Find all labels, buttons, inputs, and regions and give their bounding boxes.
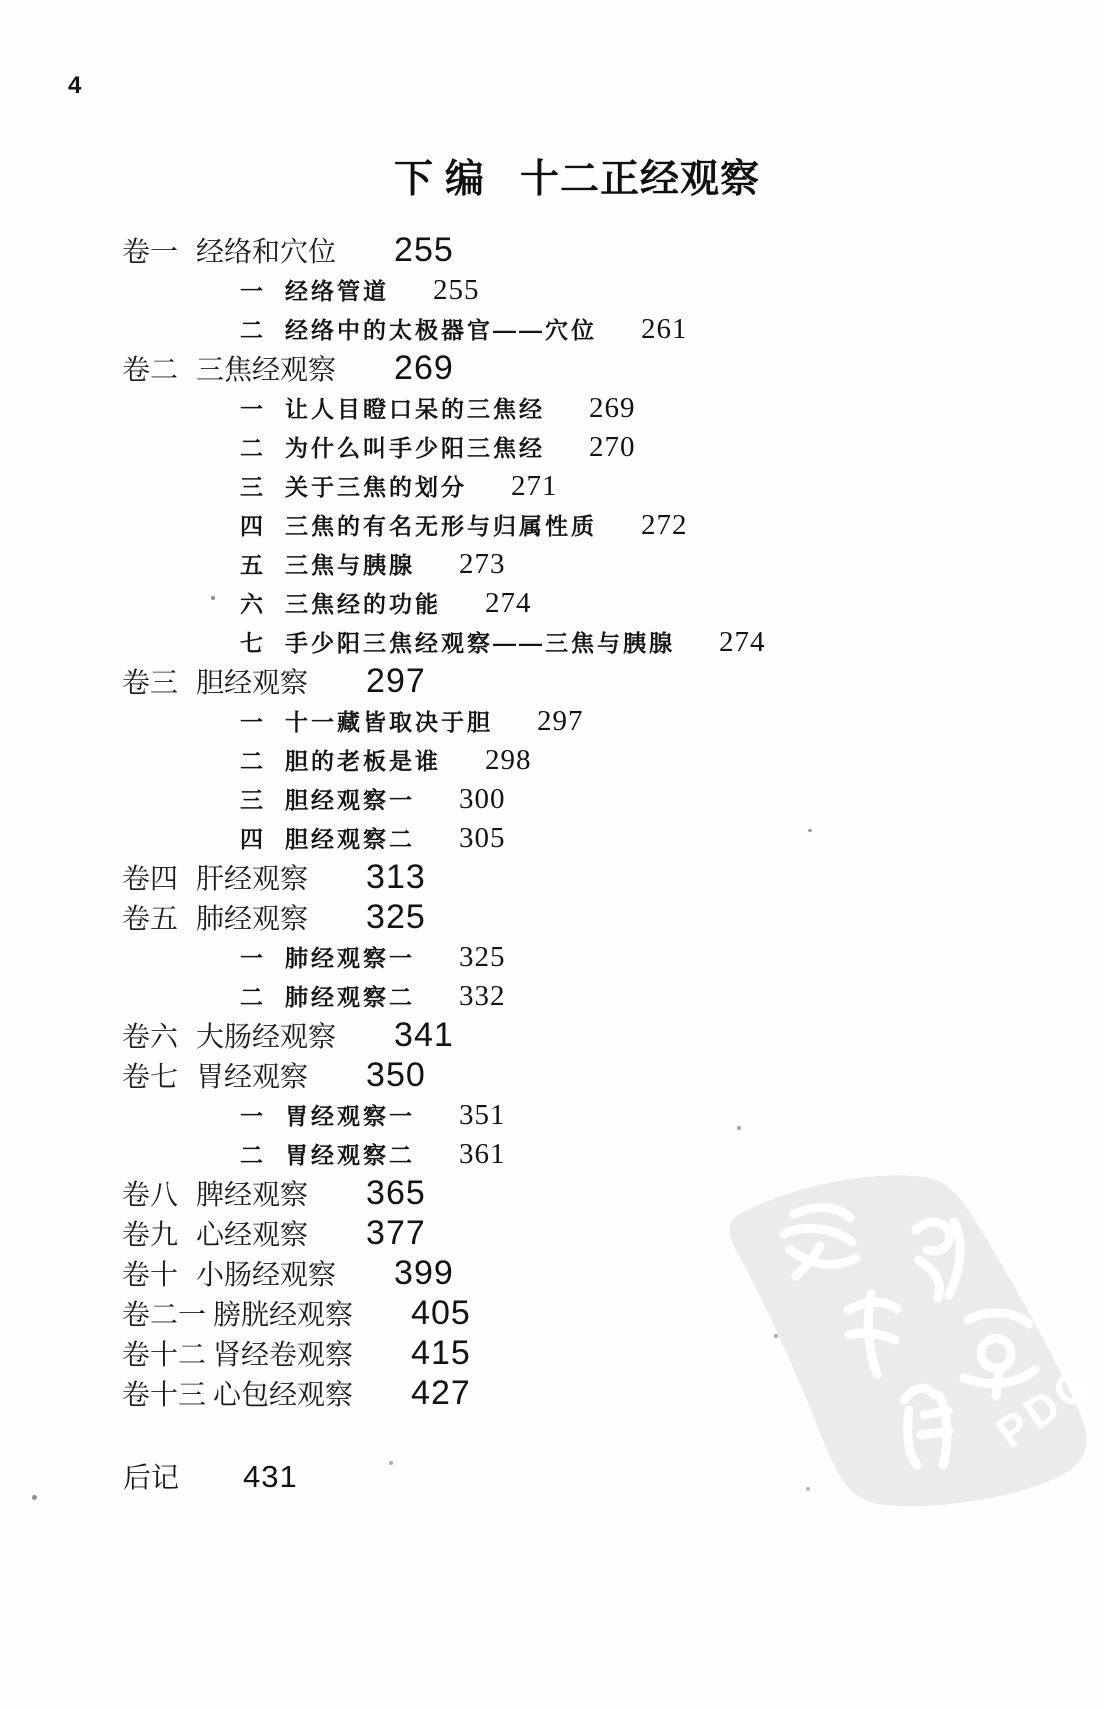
volume-page-number: 269 — [394, 349, 454, 387]
section-page-number: 298 — [485, 744, 532, 776]
toc-section-row: 四胆经观察二305 — [0, 819, 1104, 858]
toc-volume-row: 卷三胆经观察297 — [0, 662, 1104, 702]
toc-volume-row: 卷二三焦经观察269 — [0, 349, 1104, 389]
section-page-number: 272 — [641, 509, 688, 541]
toc-volume-row: 卷十二肾经卷观察415 — [0, 1334, 1104, 1374]
volume-page-number: 415 — [411, 1334, 471, 1372]
volume-label: 卷五 — [122, 903, 178, 934]
toc-section-row: 二为什么叫手少阳三焦经270 — [0, 428, 1104, 467]
section-page-number: 332 — [459, 980, 506, 1012]
toc-volume-row: 卷六大肠经观察341 — [0, 1016, 1104, 1056]
volume-page-number: 255 — [394, 231, 454, 269]
section-page-number: 297 — [537, 705, 584, 737]
section-title: 三焦的有名无形与归属性质 — [285, 513, 597, 539]
scan-speck — [32, 1495, 37, 1500]
section-title: 让人目瞪口呆的三焦经 — [285, 396, 545, 422]
section-page-number: 269 — [589, 392, 636, 424]
section-number: 二 — [240, 984, 263, 1010]
volume-page-number: 313 — [366, 858, 426, 896]
part-title-text: 十二正经观察 — [520, 148, 760, 204]
volume-label: 卷二 — [122, 354, 178, 385]
volume-title: 肾经卷观察 — [213, 1339, 353, 1370]
section-page-number: 261 — [641, 313, 688, 345]
toc-volume-row: 卷九心经观察377 — [0, 1214, 1104, 1254]
volume-page-number: 341 — [394, 1016, 454, 1054]
section-number: 二 — [240, 317, 263, 343]
toc-section-row: 二胃经观察二361 — [0, 1135, 1104, 1174]
volume-label: 卷四 — [122, 863, 178, 894]
section-page-number: 361 — [459, 1138, 506, 1170]
toc-epilogue-row: 后记431 — [0, 1458, 1104, 1497]
section-title: 胆经观察二 — [285, 826, 415, 852]
volume-page-number: 427 — [411, 1374, 471, 1412]
section-title: 十一藏皆取决于胆 — [285, 709, 493, 735]
toc-volume-row: 卷四肝经观察313 — [0, 858, 1104, 898]
section-title: 胆的老板是谁 — [285, 748, 441, 774]
part-title: 下编 十二正经观察 — [394, 148, 760, 204]
section-page-number: 325 — [459, 941, 506, 973]
volume-title: 膀胱经观察 — [213, 1299, 353, 1330]
toc-section-row: 一让人目瞪口呆的三焦经269 — [0, 389, 1104, 428]
volume-title: 大肠经观察 — [196, 1021, 336, 1052]
volume-page-number: 399 — [394, 1254, 454, 1292]
section-title: 肺经观察二 — [285, 984, 415, 1010]
section-title: 经络中的太极器官——穴位 — [285, 317, 597, 343]
volume-title: 脾经观察 — [196, 1179, 308, 1210]
scan-speck — [389, 1461, 393, 1465]
volume-title: 肺经观察 — [196, 903, 308, 934]
toc-section-row: 一经络管道255 — [0, 271, 1104, 310]
toc-volume-row: 卷一经络和穴位255 — [0, 231, 1104, 271]
section-page-number: 274 — [719, 626, 766, 658]
section-number: 一 — [240, 1103, 263, 1129]
volume-page-number: 377 — [366, 1214, 426, 1252]
table-of-contents: 卷一经络和穴位255 一经络管道255 二经络中的太极器官——穴位261 卷二三… — [0, 231, 1104, 1497]
toc-section-row: 一肺经观察一325 — [0, 938, 1104, 977]
volume-label: 卷七 — [122, 1061, 178, 1092]
section-number: 四 — [240, 513, 263, 539]
volume-label: 卷十二 — [122, 1339, 206, 1370]
scanned-book-page: 4 下编 十二正经观察 卷一经络和穴位255 一经络管道255 二经络中的太极器… — [0, 0, 1104, 1710]
toc-section-row: 六三焦经的功能274 — [0, 584, 1104, 623]
section-title: 经络管道 — [285, 278, 389, 304]
toc-section-row: 五三焦与胰腺273 — [0, 545, 1104, 584]
section-number: 六 — [240, 591, 263, 617]
toc-volume-row: 卷二一膀胱经观察405 — [0, 1294, 1104, 1334]
toc-section-row: 一十一藏皆取决于胆297 — [0, 702, 1104, 741]
section-number: 三 — [240, 787, 263, 813]
section-number: 一 — [240, 709, 263, 735]
toc-volume-row: 卷十小肠经观察399 — [0, 1254, 1104, 1294]
volume-title: 胆经观察 — [196, 667, 308, 698]
toc-volume-row: 卷八脾经观察365 — [0, 1174, 1104, 1214]
section-number: 一 — [240, 945, 263, 971]
page-number: 4 — [68, 72, 81, 100]
volume-page-number: 350 — [366, 1056, 426, 1094]
section-page-number: 300 — [459, 783, 506, 815]
scan-speck — [774, 1334, 778, 1338]
section-page-number: 351 — [459, 1099, 506, 1131]
volume-label: 卷六 — [122, 1021, 178, 1052]
scan-speck — [806, 1487, 810, 1491]
section-page-number: 305 — [459, 822, 506, 854]
volume-page-number: 297 — [366, 662, 426, 700]
section-title: 胃经观察一 — [285, 1103, 415, 1129]
toc-section-row: 三关于三焦的划分271 — [0, 467, 1104, 506]
section-title: 胃经观察二 — [285, 1142, 415, 1168]
toc-volume-row: 卷十三心包经观察427 — [0, 1374, 1104, 1414]
volume-page-number: 405 — [411, 1294, 471, 1332]
volume-label: 卷九 — [122, 1219, 178, 1250]
section-page-number: 271 — [511, 470, 558, 502]
section-title: 三焦经的功能 — [285, 591, 441, 617]
section-title: 胆经观察一 — [285, 787, 415, 813]
epilogue-page-number: 431 — [243, 1459, 298, 1494]
volume-title: 小肠经观察 — [196, 1259, 336, 1290]
volume-title: 经络和穴位 — [196, 236, 336, 267]
volume-label: 卷八 — [122, 1179, 178, 1210]
section-title: 为什么叫手少阳三焦经 — [285, 435, 545, 461]
volume-title: 肝经观察 — [196, 863, 308, 894]
volume-page-number: 325 — [366, 898, 426, 936]
section-number: 一 — [240, 278, 263, 304]
scan-speck — [737, 1126, 741, 1130]
toc-section-row: 一胃经观察一351 — [0, 1096, 1104, 1135]
section-number: 四 — [240, 826, 263, 852]
scan-speck — [211, 596, 215, 600]
section-page-number: 270 — [589, 431, 636, 463]
section-number: 二 — [240, 435, 263, 461]
section-title: 肺经观察一 — [285, 945, 415, 971]
part-title-label: 下编 — [394, 148, 496, 204]
scan-speck — [808, 829, 812, 832]
volume-page-number: 365 — [366, 1174, 426, 1212]
section-number: 五 — [240, 552, 263, 578]
toc-section-row: 二胆的老板是谁298 — [0, 741, 1104, 780]
toc-volume-row: 卷七胃经观察350 — [0, 1056, 1104, 1096]
toc-section-row: 二经络中的太极器官——穴位261 — [0, 310, 1104, 349]
section-title: 关于三焦的划分 — [285, 474, 467, 500]
section-page-number: 274 — [485, 587, 532, 619]
section-number: 七 — [240, 630, 263, 656]
volume-title: 三焦经观察 — [196, 354, 336, 385]
volume-label: 卷一 — [122, 236, 178, 267]
section-number: 一 — [240, 396, 263, 422]
epilogue-label: 后记 — [123, 1462, 179, 1493]
volume-label: 卷二一 — [122, 1299, 206, 1330]
toc-section-row: 三胆经观察一300 — [0, 780, 1104, 819]
volume-title: 胃经观察 — [196, 1061, 308, 1092]
volume-label: 卷十三 — [122, 1379, 206, 1410]
toc-volume-row: 卷五肺经观察325 — [0, 898, 1104, 938]
section-number: 二 — [240, 1142, 263, 1168]
toc-section-row: 二肺经观察二332 — [0, 977, 1104, 1016]
section-page-number: 255 — [433, 274, 480, 306]
volume-title: 心包经观察 — [213, 1379, 353, 1410]
section-title: 三焦与胰腺 — [285, 552, 415, 578]
section-title: 手少阳三焦经观察——三焦与胰腺 — [285, 630, 675, 656]
section-number: 二 — [240, 748, 263, 774]
section-number: 三 — [240, 474, 263, 500]
toc-section-row: 四三焦的有名无形与归属性质272 — [0, 506, 1104, 545]
volume-title: 心经观察 — [196, 1219, 308, 1250]
toc-section-row: 七手少阳三焦经观察——三焦与胰腺274 — [0, 623, 1104, 662]
section-page-number: 273 — [459, 548, 506, 580]
volume-label: 卷三 — [122, 667, 178, 698]
volume-label: 卷十 — [122, 1259, 178, 1290]
